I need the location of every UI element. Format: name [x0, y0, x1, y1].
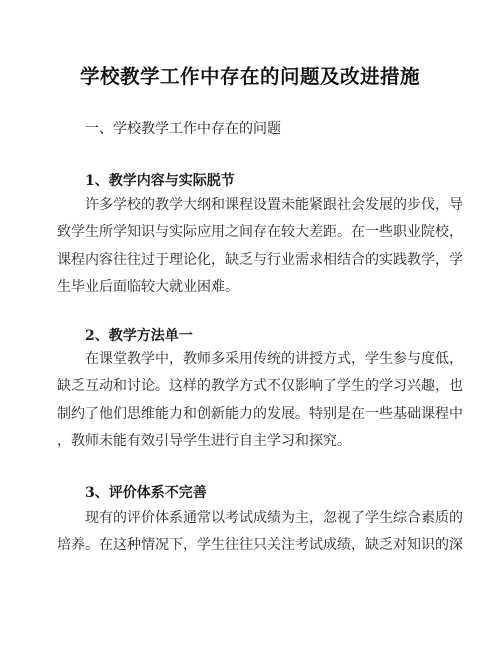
paragraph-line: 生毕业后面临较大就业困难。	[57, 274, 443, 301]
subsection-heading-1: 1、教学内容与实际脱节	[85, 170, 235, 190]
paragraph-line: 课程内容往往过于理论化，缺乏与行业需求相结合的实践教学，学	[57, 247, 443, 274]
paragraph-line: 在课堂教学中，教师多采用传统的讲授方式，学生参与度低，	[57, 346, 443, 373]
subsection-heading-3: 3、评价体系不完善	[85, 482, 207, 502]
paragraph-line: 制约了他们思维能力和创新能力的发展。特别是在一些基础课程中	[57, 401, 443, 428]
section-heading: 一、学校教学工作中存在的问题	[85, 118, 281, 138]
paragraph-line: 许多学校的教学大纲和课程设置未能紧跟社会发展的步伐，导	[57, 192, 443, 219]
paragraph-line: 致学生所学知识与实际应用之间存在较大差距。在一些职业院校，	[57, 219, 443, 246]
subsection-paragraph-3: 现有的评价体系通常以考试成绩为主，忽视了学生综合素质的 培养。在这种情况下，学生…	[57, 505, 443, 560]
document-title: 学校教学工作中存在的问题及改进措施	[0, 61, 500, 89]
paragraph-line: ，教师未能有效引导学生进行自主学习和探究。	[57, 428, 443, 455]
paragraph-line: 现有的评价体系通常以考试成绩为主，忽视了学生综合素质的	[57, 505, 443, 532]
subsection-paragraph-1: 许多学校的教学大纲和课程设置未能紧跟社会发展的步伐，导 致学生所学知识与实际应用…	[57, 192, 443, 301]
subsection-paragraph-2: 在课堂教学中，教师多采用传统的讲授方式，学生参与度低， 缺乏互动和讨论。这样的教…	[57, 346, 443, 455]
paragraph-line: 培养。在这种情况下，学生往往只关注考试成绩，缺乏对知识的深	[57, 532, 443, 559]
paragraph-line: 缺乏互动和讨论。这样的教学方式不仅影响了学生的学习兴趣，也	[57, 373, 443, 400]
document-page: 学校教学工作中存在的问题及改进措施 一、学校教学工作中存在的问题 1、教学内容与…	[0, 0, 500, 647]
subsection-heading-2: 2、教学方法单一	[85, 325, 193, 345]
